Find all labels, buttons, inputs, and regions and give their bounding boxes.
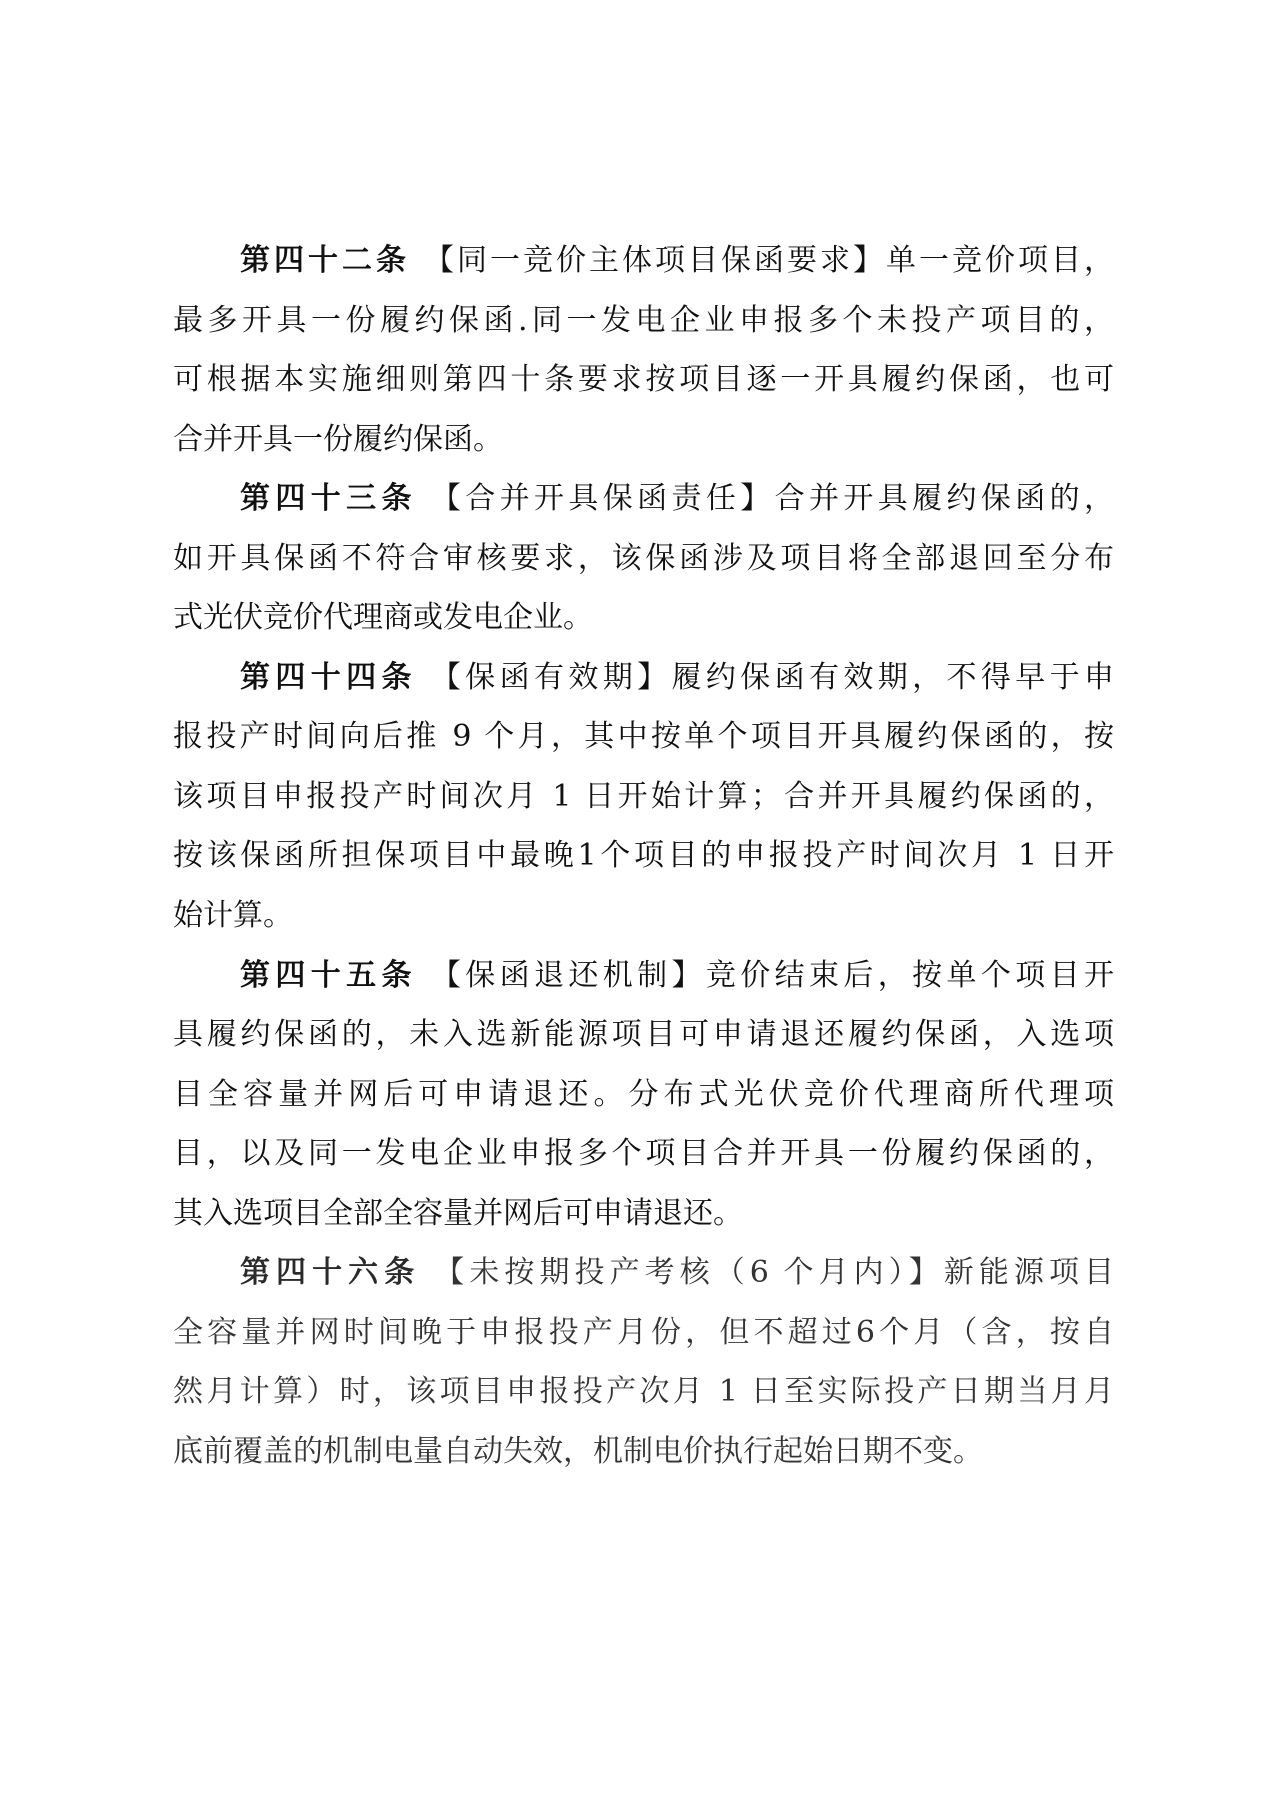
paragraph-line: 第四十五条【保函退还机制】竞价结束后，按单个项目开 [173, 946, 1114, 1006]
paragraph-line: 可根据本实施细则第四十条要求按项目逐一开具履约保函，也可 [173, 350, 1114, 410]
paragraph-line: 第四十四条【保函有效期】履约保函有效期，不得早于申 [173, 648, 1114, 708]
article-44: 第四十四条【保函有效期】履约保函有效期，不得早于申 报投产时间向后推 9 个月，… [173, 648, 1114, 946]
article-heading: 第四十六条 [240, 1255, 420, 1290]
article-42: 第四十二条【同一竞价主体项目保函要求】单一竞价项目， 最多开具一份履约保函.同一… [173, 231, 1114, 469]
paragraph-line: 如开具保函不符合审核要求，该保函涉及项目将全部退回至分布 [173, 529, 1114, 589]
paragraph-text: 【合并开具保函责任】合并开具履约保函的， [431, 481, 1114, 516]
paragraph-line: 全容量并网时间晚于申报投产月份，但不超过6个月（含，按自 [173, 1303, 1114, 1363]
article-heading: 第四十四条 [240, 660, 417, 695]
paragraph-line: 报投产时间向后推 9 个月，其中按单个项目开具履约保函的，按 [173, 707, 1114, 767]
paragraph-line: 最多开具一份履约保函.同一发电企业申报多个未投产项目的， [173, 291, 1114, 351]
paragraph-text: 【保函退还机制】竞价结束后，按单个项目开 [431, 958, 1114, 993]
paragraph-line: 合并开具一份履约保函。 [173, 410, 1114, 470]
paragraph-line: 按该保函所担保项目中最晚1个项目的申报投产时间次月 1 日开 [173, 826, 1114, 886]
paragraph-line: 目全容量并网后可申请退还。分布式光伏竞价代理商所代理项 [173, 1065, 1114, 1125]
paragraph-text: 【未按期投产考核（6 个月内）】新能源项目 [434, 1255, 1114, 1290]
article-heading: 第四十三条 [240, 481, 417, 516]
paragraph-text: 【保函有效期】履约保函有效期，不得早于申 [431, 660, 1114, 695]
paragraph-line: 目，以及同一发电企业申报多个项目合并开具一份履约保函的， [173, 1124, 1114, 1184]
paragraph-line: 始计算。 [173, 886, 1114, 946]
article-heading: 第四十五条 [240, 958, 417, 993]
paragraph-line: 其入选项目全部全容量并网后可申请退还。 [173, 1184, 1114, 1244]
document-page: 第四十二条【同一竞价主体项目保函要求】单一竞价项目， 最多开具一份履约保函.同一… [173, 231, 1114, 1481]
paragraph-line: 式光伏竞价代理商或发电企业。 [173, 588, 1114, 648]
paragraph-text: 【同一竞价主体项目保函要求】单一竞价项目， [424, 243, 1114, 278]
paragraph-line: 底前覆盖的机制电量自动失效，机制电价执行起始日期不变。 [173, 1422, 1114, 1482]
paragraph-line: 该项目申报投产时间次月 1 日开始计算；合并开具履约保函的， [173, 767, 1114, 827]
article-heading: 第四十二条 [240, 243, 410, 278]
paragraph-line: 具履约保函的，未入选新能源项目可申请退还履约保函，入选项 [173, 1005, 1114, 1065]
article-46: 第四十六条【未按期投产考核（6 个月内）】新能源项目 全容量并网时间晚于申报投产… [173, 1243, 1114, 1481]
paragraph-line: 第四十六条【未按期投产考核（6 个月内）】新能源项目 [173, 1243, 1114, 1303]
paragraph-line: 然月计算）时，该项目申报投产次月 1 日至实际投产日期当月月 [173, 1362, 1114, 1422]
paragraph-line: 第四十三条【合并开具保函责任】合并开具履约保函的， [173, 469, 1114, 529]
article-43: 第四十三条【合并开具保函责任】合并开具履约保函的， 如开具保函不符合审核要求，该… [173, 469, 1114, 648]
paragraph-line: 第四十二条【同一竞价主体项目保函要求】单一竞价项目， [173, 231, 1114, 291]
article-45: 第四十五条【保函退还机制】竞价结束后，按单个项目开 具履约保函的，未入选新能源项… [173, 946, 1114, 1244]
